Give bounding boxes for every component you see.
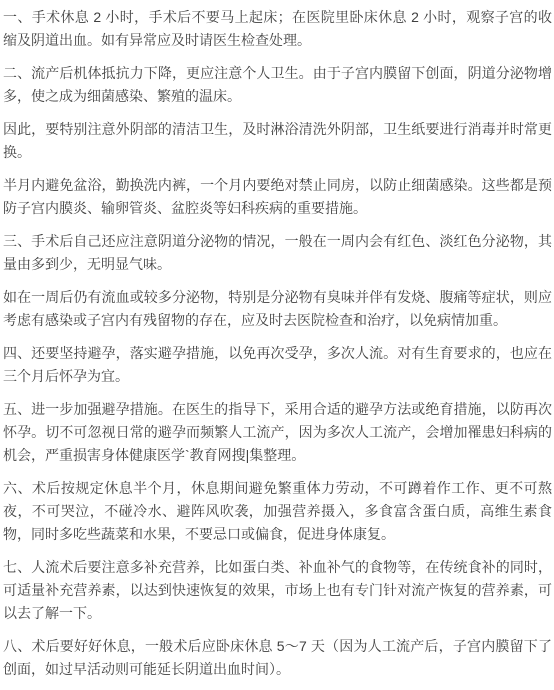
article-body: 一、手术休息 2 小时，手术后不要马上起床；在医院里卧床休息 2 小时，观察子宫… [0,0,554,690]
paragraph: 二、流产后机体抵抗力下降，更应注意个人卫生。由于子宫内膜留下创面，阴道分泌物增多… [3,62,552,108]
paragraph: 六、术后按规定休息半个月，休息期间避免繁重体力劳动，不可蹲着作工作、更不可熬夜，… [3,477,552,546]
paragraph: 因此，要特别注意外阴部的清洁卫生，及时淋浴清洗外阴部，卫生纸要进行消毒并时常更换… [3,118,552,164]
paragraph: 四、还要坚持避孕，落实避孕措施，以免再次受孕，多次人流。对有生育要求的，也应在三… [3,342,552,388]
paragraph: 八、术后要好好休息，一般术后应卧床休息 5～7 天（因为人工流产后，子宫内膜留下… [3,635,552,681]
paragraph: 五、进一步加强避孕措施。在医生的指导下，采用合适的避孕方法或绝育措施，以防再次怀… [3,398,552,467]
paragraph: 如在一周后仍有流血或较多分泌物，特别是分泌物有臭味并伴有发烧、腹痛等症状，则应考… [3,286,552,332]
paragraph: 三、手术后自己还应注意阴道分泌物的情况，一般在一周内会有红色、淡红色分泌物，其量… [3,230,552,276]
paragraph: 七、人流术后要注意多补充营养，比如蛋白类、补血补气的食物等，在传统食补的同时，可… [3,556,552,625]
paragraph: 一、手术休息 2 小时，手术后不要马上起床；在医院里卧床休息 2 小时，观察子宫… [3,6,552,52]
paragraph: 半月内避免盆浴，勤换洗内裤，一个月内要绝对禁止同房，以防止细菌感染。这些都是预防… [3,174,552,220]
